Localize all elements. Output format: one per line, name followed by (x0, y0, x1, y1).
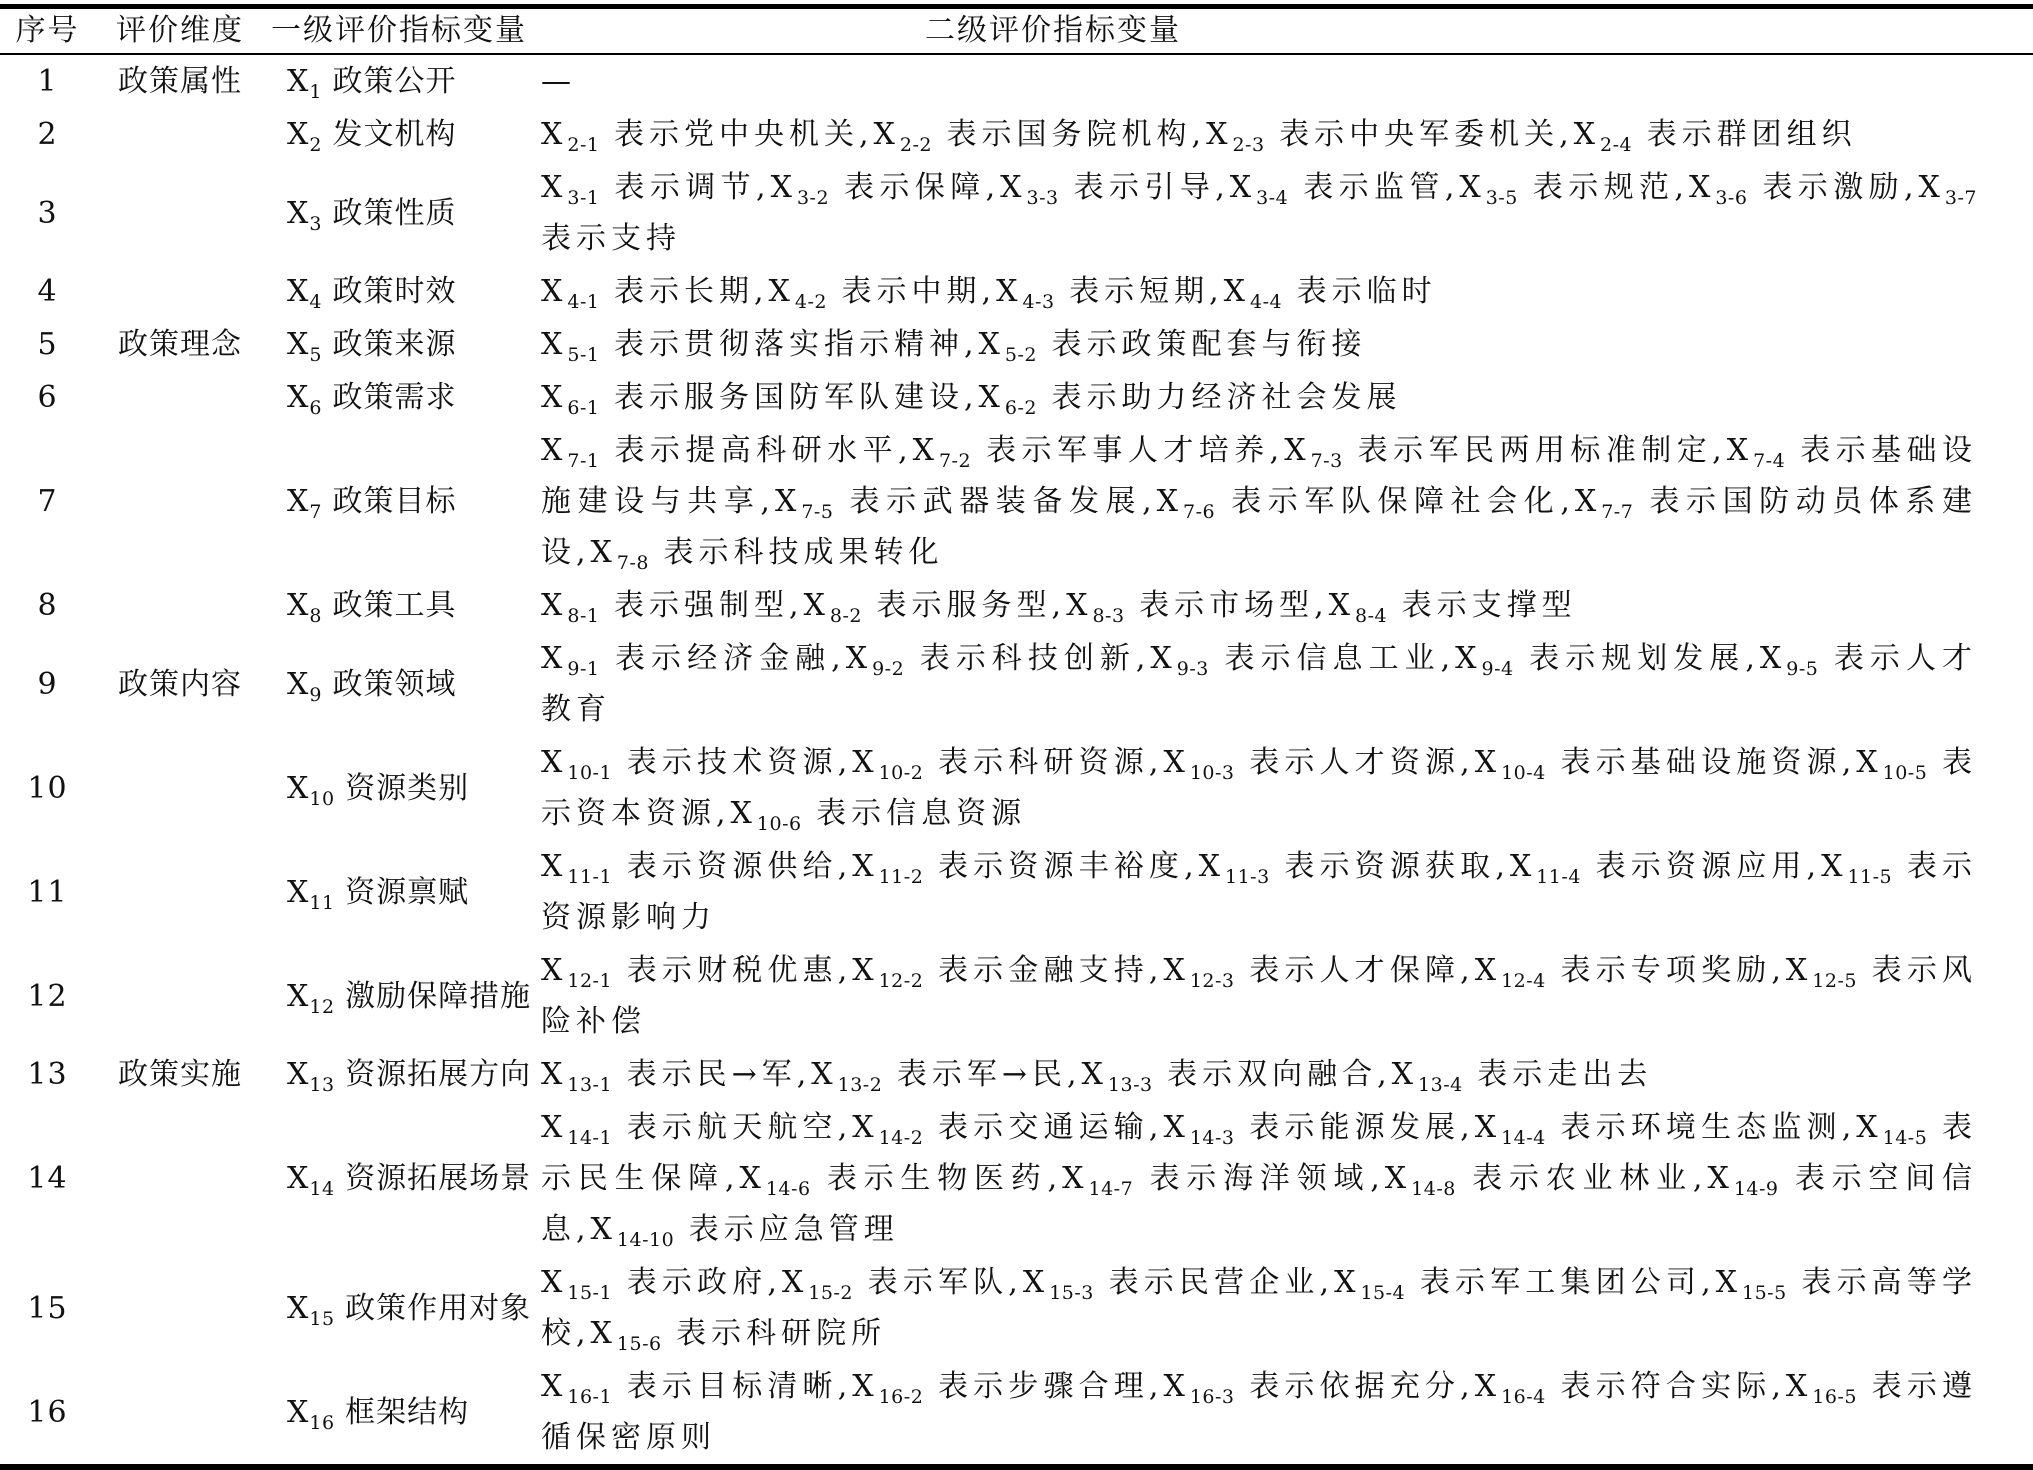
primary-indicator-cell: X8 政策工具 (265, 579, 533, 632)
secondary-indicator-cell: X11-1 表示资源供给,X11-2 表示资源丰裕度,X11-3 表示资源获取,… (533, 840, 2033, 944)
serial-number-cell: 2 (0, 108, 95, 161)
secondary-indicator-cell: X9-1 表示经济金融,X9-2 表示科技创新,X9-3 表示信息工业,X9-4… (533, 632, 2033, 736)
secondary-indicator-cell: X16-1 表示目标清晰,X16-2 表示步骤合理,X16-3 表示依据充分,X… (533, 1360, 2033, 1467)
serial-number-cell: 14 (0, 1101, 95, 1256)
dimension-cell (95, 1360, 265, 1467)
primary-indicator-cell: X5 政策来源 (265, 318, 533, 371)
serial-number-cell: 3 (0, 161, 95, 265)
secondary-indicator-cell: X2-1 表示党中央机关,X2-2 表示国务院机构,X2-3 表示中央军委机关,… (533, 108, 2033, 161)
table-row: 15 X15 政策作用对象 X15-1 表示政府,X15-2 表示军队,X15-… (0, 1256, 2033, 1360)
col-header-secondary-indicator: 二级评价指标变量 (533, 7, 2033, 55)
serial-number-cell: 13 (0, 1048, 95, 1101)
dimension-cell (95, 840, 265, 944)
secondary-indicator-cell: X10-1 表示技术资源,X10-2 表示科研资源,X10-3 表示人才资源,X… (533, 736, 2033, 840)
serial-number-cell: 1 (0, 54, 95, 108)
table-row: 5 政策理念 X5 政策来源 X5-1 表示贯彻落实指示精神,X5-2 表示政策… (0, 318, 2033, 371)
dimension-cell (95, 424, 265, 579)
col-header-evaluation-dimension: 评价维度 (95, 7, 265, 55)
secondary-indicator-cell: X8-1 表示强制型,X8-2 表示服务型,X8-3 表示市场型,X8-4 表示… (533, 579, 2033, 632)
secondary-indicator-cell: X14-1 表示航天航空,X14-2 表示交通运输,X14-3 表示能源发展,X… (533, 1101, 2033, 1256)
dimension-cell (95, 108, 265, 161)
table-row: 16 X16 框架结构 X16-1 表示目标清晰,X16-2 表示步骤合理,X1… (0, 1360, 2033, 1467)
table-row: 2 X2 发文机构 X2-1 表示党中央机关,X2-2 表示国务院机构,X2-3… (0, 108, 2033, 161)
serial-number-cell: 16 (0, 1360, 95, 1467)
table-row: 10 X10 资源类别 X10-1 表示技术资源,X10-2 表示科研资源,X1… (0, 736, 2033, 840)
table-row: 14 X14 资源拓展场景 X14-1 表示航天航空,X14-2 表示交通运输,… (0, 1101, 2033, 1256)
secondary-indicator-cell: X7-1 表示提高科研水平,X7-2 表示军事人才培养,X7-3 表示军民两用标… (533, 424, 2033, 579)
table-row: 8 X8 政策工具 X8-1 表示强制型,X8-2 表示服务型,X8-3 表示市… (0, 579, 2033, 632)
serial-number-cell: 10 (0, 736, 95, 840)
primary-indicator-cell: X2 发文机构 (265, 108, 533, 161)
dimension-cell: 政策理念 (95, 318, 265, 371)
dimension-cell (95, 579, 265, 632)
primary-indicator-cell: X6 政策需求 (265, 371, 533, 424)
secondary-indicator-cell: X13-1 表示民→军,X13-2 表示军→民,X13-3 表示双向融合,X13… (533, 1048, 2033, 1101)
serial-number-cell: 4 (0, 265, 95, 318)
secondary-indicator-cell: X12-1 表示财税优惠,X12-2 表示金融支持,X12-3 表示人才保障,X… (533, 944, 2033, 1048)
dimension-cell: 政策属性 (95, 54, 265, 108)
evaluation-indicator-table: 序号 评价维度 一级评价指标变量 二级评价指标变量 1 政策属性 X1 政策公开… (0, 4, 2033, 1470)
primary-indicator-cell: X15 政策作用对象 (265, 1256, 533, 1360)
dimension-cell (95, 1101, 265, 1256)
dimension-cell (95, 944, 265, 1048)
col-header-primary-indicator: 一级评价指标变量 (265, 7, 533, 55)
table-row: 1 政策属性 X1 政策公开 — (0, 54, 2033, 108)
dimension-cell (95, 371, 265, 424)
primary-indicator-cell: X16 框架结构 (265, 1360, 533, 1467)
primary-indicator-cell: X13 资源拓展方向 (265, 1048, 533, 1101)
dimension-cell (95, 161, 265, 265)
secondary-indicator-cell: X3-1 表示调节,X3-2 表示保障,X3-3 表示引导,X3-4 表示监管,… (533, 161, 2033, 265)
serial-number-cell: 5 (0, 318, 95, 371)
secondary-indicator-cell: X5-1 表示贯彻落实指示精神,X5-2 表示政策配套与衔接 (533, 318, 2033, 371)
table-row: 3 X3 政策性质 X3-1 表示调节,X3-2 表示保障,X3-3 表示引导,… (0, 161, 2033, 265)
table-body: 1 政策属性 X1 政策公开 — 2 X2 发文机构 X2-1 表示党中央机关,… (0, 54, 2033, 1467)
secondary-indicator-cell: — (533, 54, 2033, 108)
primary-indicator-cell: X10 资源类别 (265, 736, 533, 840)
primary-indicator-cell: X11 资源禀赋 (265, 840, 533, 944)
table-row: 6 X6 政策需求 X6-1 表示服务国防军队建设,X6-2 表示助力经济社会发… (0, 371, 2033, 424)
table-row: 13 政策实施 X13 资源拓展方向 X13-1 表示民→军,X13-2 表示军… (0, 1048, 2033, 1101)
serial-number-cell: 11 (0, 840, 95, 944)
primary-indicator-cell: X3 政策性质 (265, 161, 533, 265)
serial-number-cell: 6 (0, 371, 95, 424)
primary-indicator-cell: X7 政策目标 (265, 424, 533, 579)
col-header-serial-number: 序号 (0, 7, 95, 55)
header-row: 序号 评价维度 一级评价指标变量 二级评价指标变量 (0, 7, 2033, 55)
secondary-indicator-cell: X6-1 表示服务国防军队建设,X6-2 表示助力经济社会发展 (533, 371, 2033, 424)
secondary-indicator-cell: X4-1 表示长期,X4-2 表示中期,X4-3 表示短期,X4-4 表示临时 (533, 265, 2033, 318)
table-row: 9 政策内容 X9 政策领域 X9-1 表示经济金融,X9-2 表示科技创新,X… (0, 632, 2033, 736)
primary-indicator-cell: X4 政策时效 (265, 265, 533, 318)
dimension-cell (95, 265, 265, 318)
secondary-indicator-cell: X15-1 表示政府,X15-2 表示军队,X15-3 表示民营企业,X15-4… (533, 1256, 2033, 1360)
table-row: 7 X7 政策目标 X7-1 表示提高科研水平,X7-2 表示军事人才培养,X7… (0, 424, 2033, 579)
serial-number-cell: 9 (0, 632, 95, 736)
paper-table-page: 序号 评价维度 一级评价指标变量 二级评价指标变量 1 政策属性 X1 政策公开… (0, 4, 2033, 1470)
primary-indicator-cell: X12 激励保障措施 (265, 944, 533, 1048)
table-row: 12 X12 激励保障措施 X12-1 表示财税优惠,X12-2 表示金融支持,… (0, 944, 2033, 1048)
serial-number-cell: 7 (0, 424, 95, 579)
primary-indicator-cell: X14 资源拓展场景 (265, 1101, 533, 1256)
table-header: 序号 评价维度 一级评价指标变量 二级评价指标变量 (0, 7, 2033, 55)
serial-number-cell: 12 (0, 944, 95, 1048)
table-row: 11 X11 资源禀赋 X11-1 表示资源供给,X11-2 表示资源丰裕度,X… (0, 840, 2033, 944)
dimension-cell: 政策内容 (95, 632, 265, 736)
dimension-cell: 政策实施 (95, 1048, 265, 1101)
serial-number-cell: 8 (0, 579, 95, 632)
dimension-cell (95, 1256, 265, 1360)
serial-number-cell: 15 (0, 1256, 95, 1360)
dimension-cell (95, 736, 265, 840)
primary-indicator-cell: X9 政策领域 (265, 632, 533, 736)
primary-indicator-cell: X1 政策公开 (265, 54, 533, 108)
table-row: 4 X4 政策时效 X4-1 表示长期,X4-2 表示中期,X4-3 表示短期,… (0, 265, 2033, 318)
